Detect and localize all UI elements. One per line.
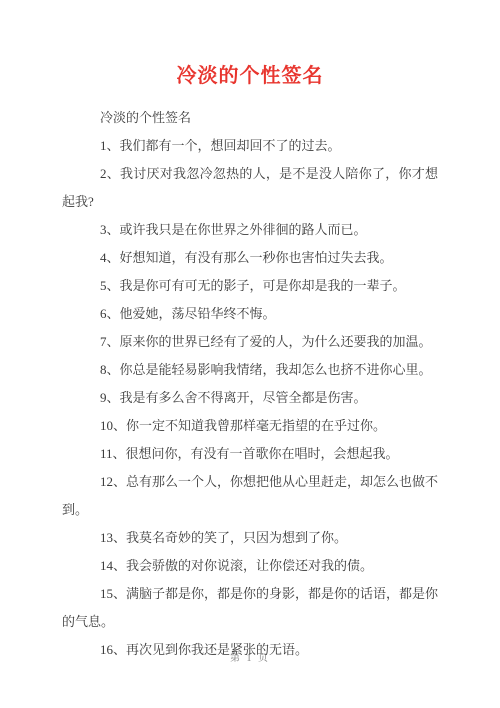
signature-item: 4、好想知道，有没有那么一秒你也害怕过失去我。 <box>62 244 438 272</box>
signature-item: 6、他爱她，荡尽铅华终不悔。 <box>62 300 438 328</box>
signature-item: 13、我莫名奇妙的笑了，只因为想到了你。 <box>62 524 438 552</box>
signature-item: 7、原来你的世界已经有了爱的人，为什么还要我的加温。 <box>62 328 438 356</box>
document-subtitle: 冷淡的个性签名 <box>62 104 438 132</box>
signature-item: 2、我讨厌对我忽冷忽热的人，是不是没人陪你了，你才想起我? <box>62 160 438 216</box>
signature-list: 1、我们都有一个，想回却回不了的过去。2、我讨厌对我忽冷忽热的人，是不是没人陪你… <box>62 132 438 664</box>
signature-item: 8、你总是能轻易影响我情绪，我却怎么也挤不进你心里。 <box>62 356 438 384</box>
signature-item: 10、你一定不知道我曾那样毫无指望的在乎过你。 <box>62 412 438 440</box>
signature-item: 9、我是有多么舍不得离开，尽管全都是伤害。 <box>62 384 438 412</box>
signature-item: 14、我会骄傲的对你说滚，让你偿还对我的债。 <box>62 552 438 580</box>
page-number-footer: 第 1 页 <box>0 649 500 664</box>
document-body: 冷淡的个性签名 1、我们都有一个，想回却回不了的过去。2、我讨厌对我忽冷忽热的人… <box>0 104 500 664</box>
document-page: 冷淡的个性签名 冷淡的个性签名 1、我们都有一个，想回却回不了的过去。2、我讨厌… <box>0 0 500 708</box>
signature-item: 12、总有那么一个人，你想把他从心里赶走，却怎么也做不到。 <box>62 468 438 524</box>
page-title: 冷淡的个性签名 <box>0 0 500 90</box>
signature-item: 3、或许我只是在你世界之外徘徊的路人而已。 <box>62 216 438 244</box>
signature-item: 11、很想问你，有没有一首歌你在唱时，会想起我。 <box>62 440 438 468</box>
signature-item: 5、我是你可有可无的影子，可是你却是我的一辈子。 <box>62 272 438 300</box>
signature-item: 15、满脑子都是你，都是你的身影，都是你的话语，都是你的气息。 <box>62 580 438 636</box>
signature-item: 1、我们都有一个，想回却回不了的过去。 <box>62 132 438 160</box>
